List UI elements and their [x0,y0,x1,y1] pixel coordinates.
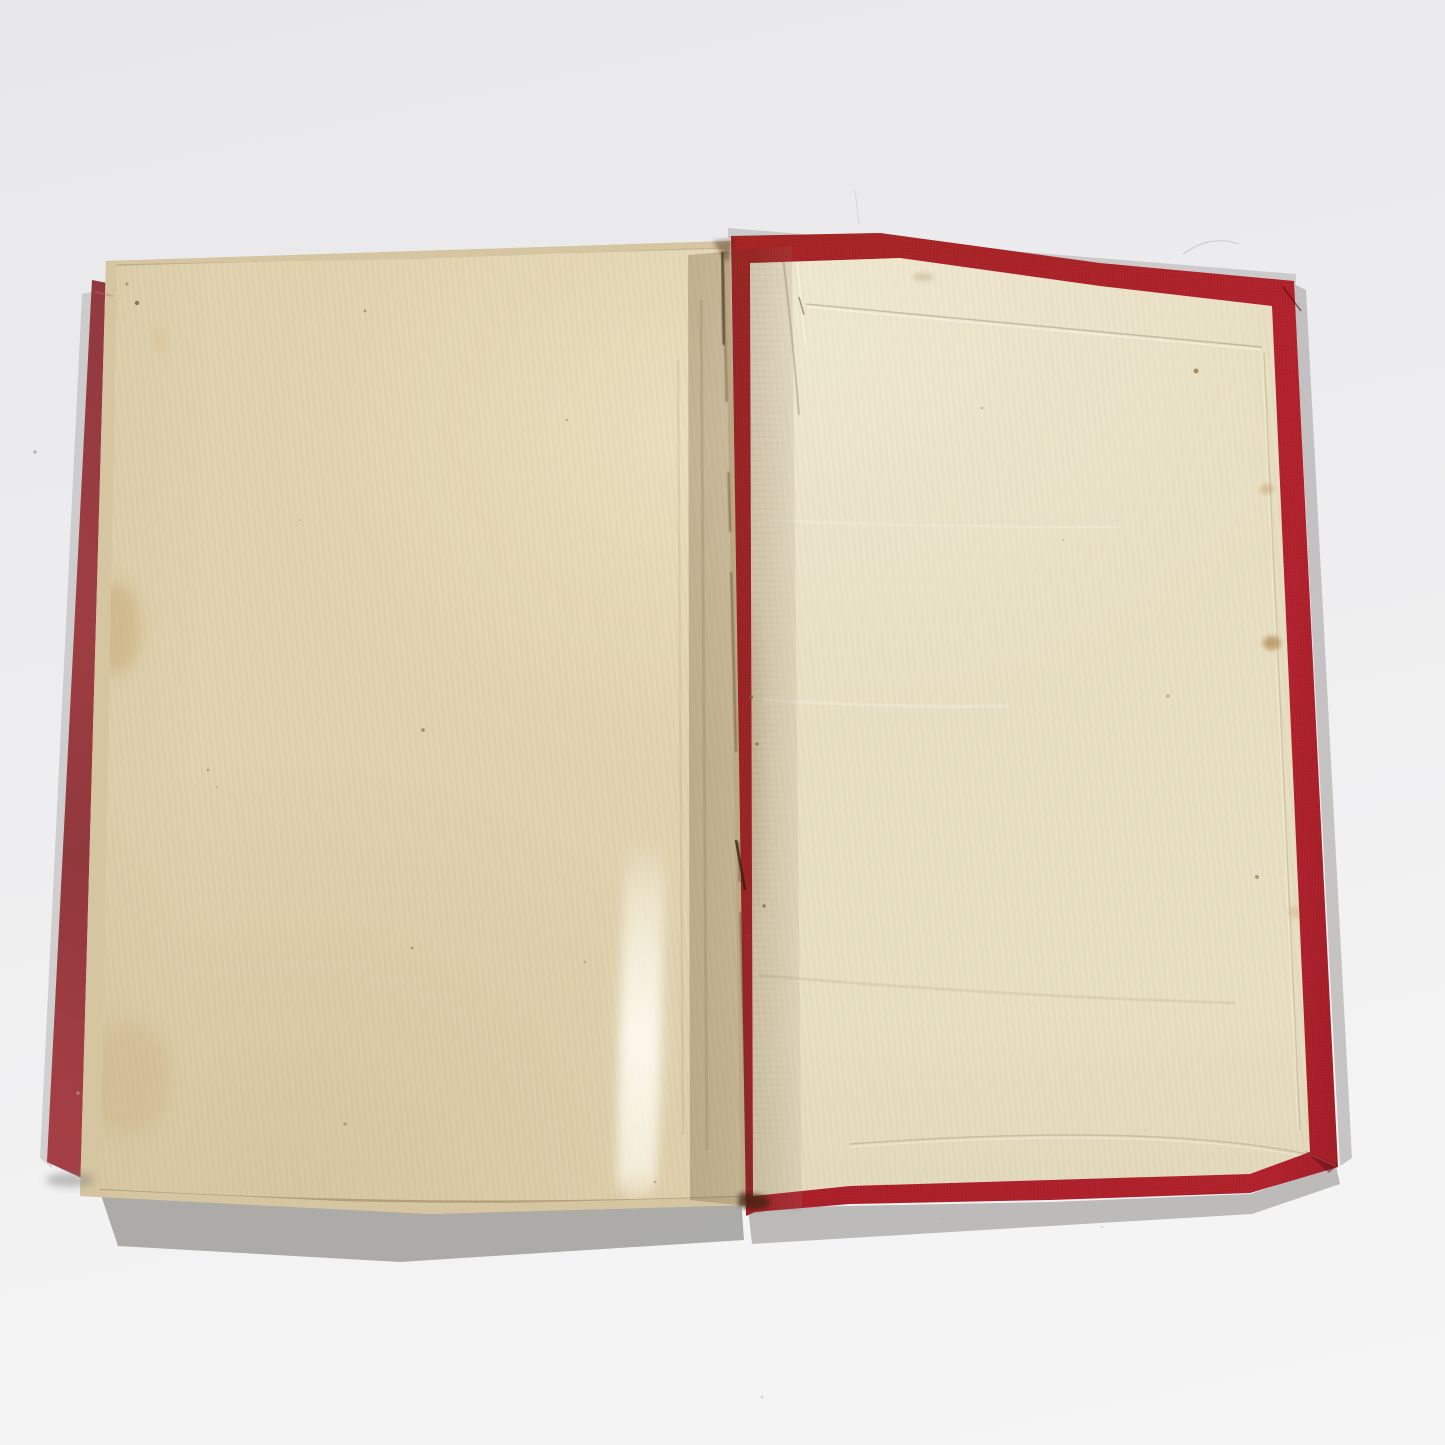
hair-strand [855,190,859,224]
book-photograph [0,0,1445,1445]
hair-strand [1183,241,1239,254]
